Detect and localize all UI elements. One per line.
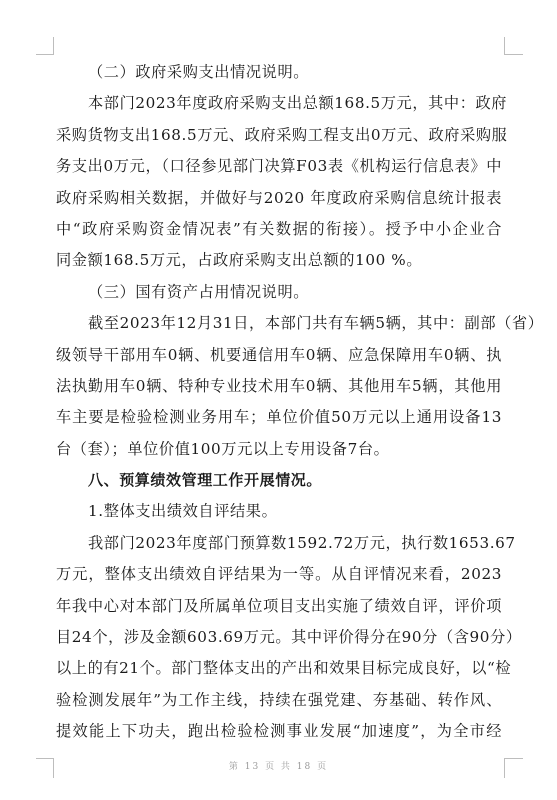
paragraph-line: 截至2023年12月31日，本部门共有车辆5辆，其中：副部（省） (56, 308, 502, 339)
subheading-state-assets: （三）国有资产占用情况说明。 (56, 277, 502, 308)
paragraph-line: 台（套）；单位价值100万元以上专用设备7台。 (56, 434, 502, 465)
paragraph-line: 验检测发展年”为工作主线，持续在强党建、夯基础、转作风、 (56, 685, 502, 716)
subheading-overall-self-evaluation: 1.整体支出绩效自评结果。 (56, 496, 502, 527)
document-body: （二）政府采购支出情况说明。 本部门2023年度政府采购支出总额168.5万元，… (56, 57, 502, 748)
paragraph-line: 目24个，涉及金额603.69万元。其中评价得分在90分（含90分） (56, 622, 502, 653)
document-page: （二）政府采购支出情况说明。 本部门2023年度政府采购支出总额168.5万元，… (0, 0, 557, 800)
paragraph-line: 采购货物支出168.5万元、政府采购工程支出0万元、政府采购服 (56, 120, 502, 151)
paragraph-line: 本部门2023年度政府采购支出总额168.5万元，其中：政府 (56, 88, 502, 119)
paragraph-line: 年我中心对本部门及所属单位项目支出实施了绩效自评，评价项 (56, 591, 502, 622)
crop-mark-top-left (36, 37, 54, 55)
paragraph-line: 车主要是检验检测业务用车；单位价值50万元以上通用设备13 (56, 402, 502, 433)
paragraph-line: 政府采购相关数据，并做好与2020 年度政府采购信息统计报表 (56, 183, 502, 214)
paragraph-line: 同金额168.5万元，占政府采购支出总额的100 %。 (56, 245, 502, 276)
paragraph-line: 提效能上下功夫，跑出检验检测事业发展“加速度”，为全市经 (56, 716, 502, 747)
paragraph-line: 以上的有21个。部门整体支出的产出和效果目标完成良好，以“检 (56, 653, 502, 684)
paragraph-line: 中“政府采购资金情况表”有关数据的衔接）。授予中小企业合 (56, 214, 502, 245)
paragraph-line: 级领导干部用车0辆、机要通信用车0辆、应急保障用车0辆、执 (56, 340, 502, 371)
section-heading-performance-management: 八、预算绩效管理工作开展情况。 (56, 465, 502, 496)
paragraph-line: 我部门2023年度部门预算数1592.72万元，执行数1653.67 (56, 528, 502, 559)
paragraph-line: 万元，整体支出绩效自评结果为一等。从自评情况来看，2023 (56, 559, 502, 590)
paragraph-line: 法执勤用车0辆、特种专业技术用车0辆、其他用车5辆，其他用 (56, 371, 502, 402)
crop-mark-top-right (504, 37, 523, 55)
page-number-footer: 第 13 页 共 18 页 (0, 759, 557, 772)
subheading-government-procurement: （二）政府采购支出情况说明。 (56, 57, 502, 88)
paragraph-line: 务支出0万元，（口径参见部门决算F03表《机构运行信息表》中 (56, 151, 502, 182)
